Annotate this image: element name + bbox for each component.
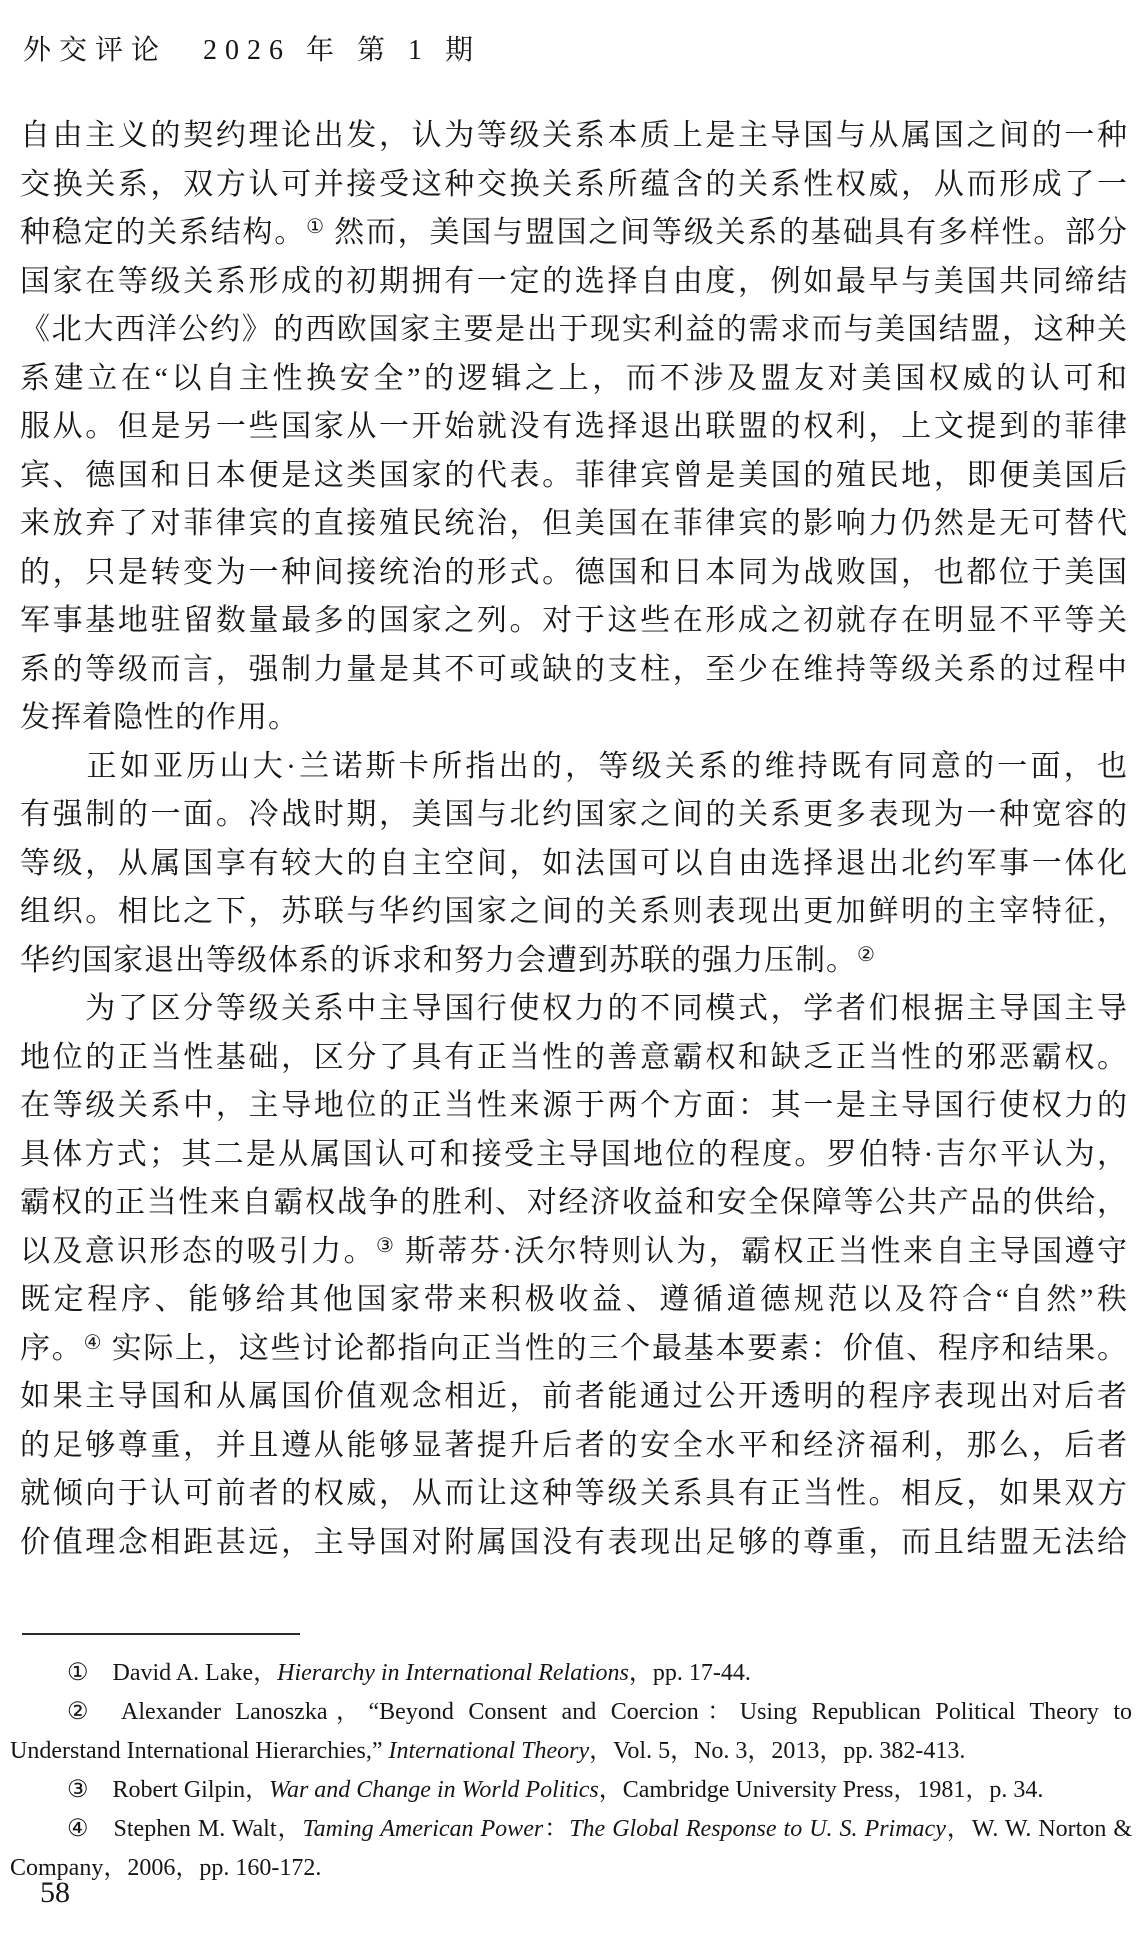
body-line: 序。④ 实际上，这些讨论都指向正当性的三个最基本要素：价值、程序和结果。 (20, 1325, 1128, 1374)
footnote-title-italic: The Global Response to U. S. Primacy (569, 1816, 946, 1842)
footnote-ref: ④ (84, 1332, 103, 1354)
body-line: 为了区分等级关系中主导国行使权力的不同模式，学者们根据主导国主导 (20, 985, 1128, 1034)
body-line: 具体方式；其二是从属国认可和接受主导国地位的程度。罗伯特·吉尔平认为， (20, 1131, 1128, 1180)
body-line: 军事基地驻留数量最多的国家之列。对于这些在形成之初就存在明显不平等关 (20, 597, 1128, 646)
footnote-marker: ④ (67, 1816, 90, 1842)
body-line: 宾、德国和日本便是这类国家的代表。菲律宾曾是美国的殖民地，即便美国后 (20, 452, 1128, 501)
body-line: 既定程序、能够给其他国家带来积极收益、遵循道德规范以及符合“自然”秩 (20, 1276, 1128, 1325)
body-line: 种稳定的关系结构。① 然而，美国与盟国之间等级关系的基础具有多样性。部分 (20, 209, 1128, 258)
footnote-text: ： (543, 1816, 569, 1842)
body-line: 《北大西洋公约》的西欧国家主要是出于现实利益的需求而与美国结盟，这种关 (20, 306, 1128, 355)
footnote-text: Robert Gilpin， (113, 1777, 270, 1803)
body-line: 国家在等级关系形成的初期拥有一定的选择自由度，例如最早与美国共同缔结 (20, 258, 1128, 307)
footnote-text: ，Cambridge University Press，1981，p. 34. (599, 1777, 1044, 1803)
body-line: 正如亚历山大·兰诺斯卡所指出的，等级关系的维持既有同意的一面，也 (20, 743, 1128, 792)
footnote-title-italic: International Theory (389, 1738, 590, 1764)
footnote-title-italic: Hierarchy in International Relations (277, 1660, 629, 1686)
footnote-marker: ③ (67, 1777, 89, 1803)
body-line: 系的等级而言，强制力量是其不可或缺的支柱，至少在维持等级关系的过程中 (20, 646, 1128, 695)
footnote-item: ②Alexander Lanoszka，“Beyond Consent and … (10, 1693, 1132, 1771)
body-line: 的，只是转变为一种间接统治的形式。德国和日本同为战败国，也都位于美国 (20, 549, 1128, 598)
footnotes-section: ①David A. Lake，Hierarchy in Internationa… (10, 1654, 1132, 1888)
body-line: 服从。但是另一些国家从一开始就没有选择退出联盟的权利，上文提到的菲律 (20, 403, 1128, 452)
body-line: 来放弃了对菲律宾的直接殖民统治，但美国在菲律宾的影响力仍然是无可替代 (20, 500, 1128, 549)
footnote-title-italic: War and Change in World Politics (269, 1777, 599, 1803)
body-line: 发挥着隐性的作用。 (20, 694, 1128, 743)
footnote-divider (22, 1633, 300, 1635)
body-line: 等级，从属国享有较大的自主空间，如法国可以自由选择退出北约军事一体化 (20, 840, 1128, 889)
body-line: 组织。相比之下，苏联与华约国家之间的关系则表现出更加鲜明的主宰特征， (20, 888, 1128, 937)
article-body: 自由主义的契约理论出发，认为等级关系本质上是主导国与从属国之间的一种交换关系，双… (20, 112, 1128, 1567)
body-line: 霸权的正当性来自霸权战争的胜利、对经济收益和安全保障等公共产品的供给， (20, 1179, 1128, 1228)
running-head: 外交评论 2026 年 第 1 期 (23, 28, 481, 68)
journal-page: 外交评论 2026 年 第 1 期 自由主义的契约理论出发，认为等级关系本质上是… (0, 0, 1147, 1958)
body-line: 就倾向于认可前者的权威，从而让这种等级关系具有正当性。相反，如果双方 (20, 1470, 1128, 1519)
body-line: 系建立在“以自主性换安全”的逻辑之上，而不涉及盟友对美国权威的认可和 (20, 355, 1128, 404)
footnote-marker: ① (67, 1660, 89, 1686)
footnote-ref: ③ (376, 1235, 395, 1257)
body-line: 价值理念相距甚远，主导国对附属国没有表现出足够的尊重，而且结盟无法给 (20, 1519, 1128, 1568)
body-line: 自由主义的契约理论出发，认为等级关系本质上是主导国与从属国之间的一种 (20, 112, 1128, 161)
footnote-text: ，Vol. 5，No. 3，2013，pp. 382-413. (589, 1738, 965, 1764)
body-line: 有强制的一面。冷战时期，美国与北约国家之间的关系更多表现为一种宽容的 (20, 791, 1128, 840)
body-line: 华约国家退出等级体系的诉求和努力会遭到苏联的强力压制。② (20, 937, 1128, 986)
footnote-ref: ① (306, 216, 325, 238)
body-line: 以及意识形态的吸引力。③ 斯蒂芬·沃尔特则认为，霸权正当性来自主导国遵守 (20, 1228, 1128, 1277)
body-line: 在等级关系中，主导地位的正当性来源于两个方面：其一是主导国行使权力的 (20, 1082, 1128, 1131)
footnote-item: ④Stephen M. Walt，Taming American Power：T… (10, 1810, 1132, 1888)
footnote-item: ③Robert Gilpin，War and Change in World P… (10, 1771, 1132, 1810)
body-line: 的足够尊重，并且遵从能够显著提升后者的安全水平和经济福利，那么，后者 (20, 1422, 1128, 1471)
page-number: 58 (40, 1876, 70, 1910)
body-line: 交换关系，双方认可并接受这种交换关系所蕴含的关系性权威，从而形成了一 (20, 161, 1128, 210)
body-line: 地位的正当性基础，区分了具有正当性的善意霸权和缺乏正当性的邪恶霸权。 (20, 1034, 1128, 1083)
footnote-text: Stephen M. Walt， (114, 1816, 303, 1842)
footnote-item: ①David A. Lake，Hierarchy in Internationa… (10, 1654, 1132, 1693)
footnote-text: David A. Lake， (113, 1660, 278, 1686)
footnote-title-italic: Taming American Power (303, 1816, 544, 1842)
body-line: 如果主导国和从属国价值观念相近，前者能通过公开透明的程序表现出对后者 (20, 1373, 1128, 1422)
footnote-text: ，pp. 17-44. (629, 1660, 751, 1686)
footnote-marker: ② (67, 1699, 97, 1725)
footnote-ref: ② (857, 944, 875, 966)
